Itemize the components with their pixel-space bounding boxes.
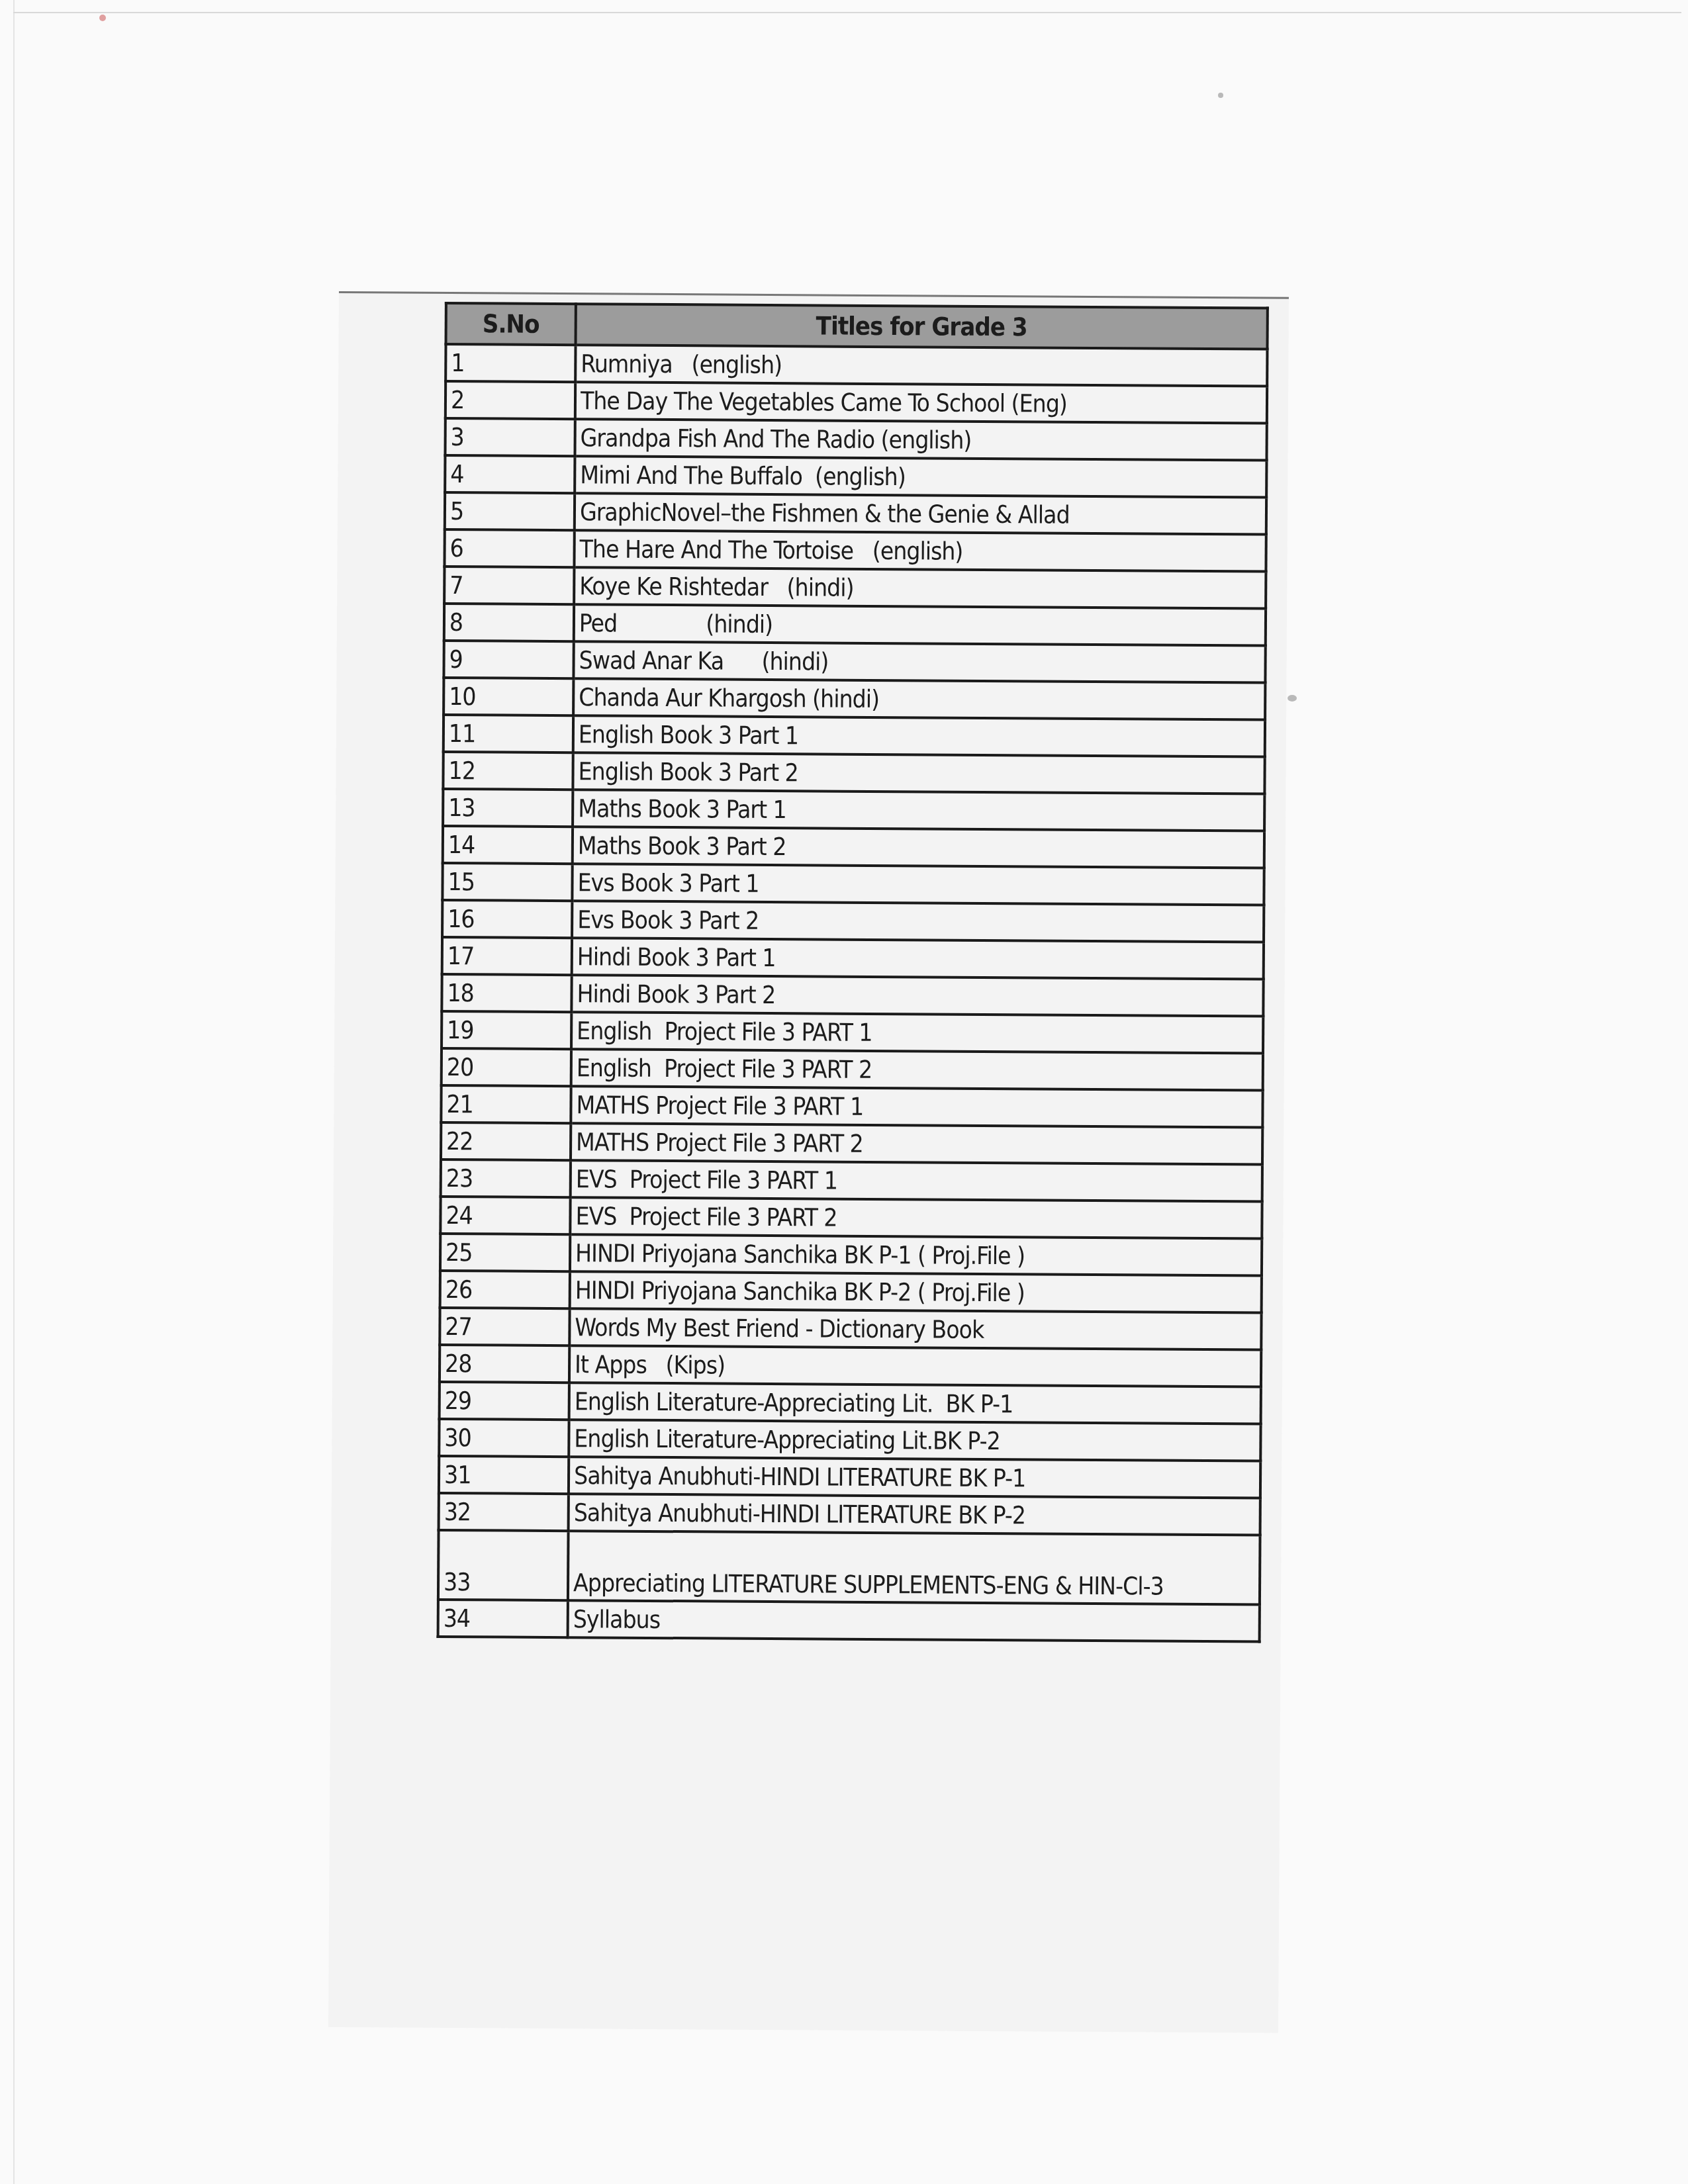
row-sno: 29	[440, 1382, 569, 1420]
row-sno: 6	[444, 529, 574, 567]
row-sno: 5	[445, 492, 575, 530]
table-row: 18Hindi Book 3 Part 2	[442, 974, 1263, 1017]
row-sno: 19	[442, 1011, 571, 1049]
row-title: Appreciating LITERATURE SUPPLEMENTS-ENG …	[568, 1531, 1260, 1604]
table-row: 7Koye Ke Rishtedar (hindi)	[444, 567, 1266, 609]
row-sno: 15	[442, 863, 572, 901]
row-title: EVS Project File 3 PART 1	[571, 1160, 1262, 1201]
table-row: 9Swad Anar Ka (hindi)	[444, 641, 1265, 683]
row-sno: 17	[442, 937, 572, 975]
row-sno: 22	[441, 1122, 571, 1160]
paper-sheet: S.No Titles for Grade 3 1Rumniya (englis…	[328, 291, 1289, 2033]
scan-edge	[13, 0, 15, 2184]
table-row: 27Words My Best Friend - Dictionary Book	[440, 1308, 1261, 1350]
table-row: 3Grandpa Fish And The Radio (english)	[445, 418, 1266, 461]
header-title: Titles for Grade 3	[576, 304, 1268, 349]
row-sno: 1	[445, 344, 575, 382]
row-title: MATHS Project File 3 PART 2	[571, 1123, 1262, 1164]
row-sno: 25	[440, 1234, 570, 1271]
row-title: Swad Anar Ka (hindi)	[573, 641, 1265, 682]
table-row: 23EVS Project File 3 PART 1	[441, 1160, 1262, 1202]
scan-speck	[99, 15, 106, 21]
table-row: 24EVS Project File 3 PART 2	[440, 1197, 1262, 1239]
table-row: 15Evs Book 3 Part 1	[442, 863, 1264, 905]
scan-top-edge	[13, 12, 1681, 13]
row-title: The Hare And The Tortoise (english)	[574, 530, 1266, 571]
row-title: GraphicNovel–the Fishmen & the Genie & A…	[575, 493, 1266, 534]
row-title: Chanda Aur Khargosh (hindi)	[573, 678, 1265, 719]
table-row: 19English Project File 3 PART 1	[442, 1011, 1263, 1054]
row-title: English Book 3 Part 1	[573, 715, 1265, 756]
row-title: Rumniya (english)	[575, 345, 1267, 386]
row-sno: 16	[442, 900, 572, 938]
table-row: 5GraphicNovel–the Fishmen & the Genie & …	[445, 492, 1266, 535]
table-row: 30English Literature-Appreciating Lit.BK…	[439, 1419, 1260, 1461]
table-row: 6The Hare And The Tortoise (english)	[444, 529, 1266, 572]
row-sno: 4	[445, 455, 575, 493]
table-row: 21MATHS Project File 3 PART 1	[441, 1085, 1262, 1128]
row-title: English Project File 3 PART 2	[571, 1049, 1263, 1090]
table-body: 1Rumniya (english)2The Day The Vegetable…	[438, 344, 1268, 1642]
row-sno: 28	[440, 1345, 569, 1383]
header-sno: S.No	[446, 303, 576, 345]
row-sno: 7	[444, 567, 574, 604]
row-sno: 21	[441, 1085, 571, 1123]
row-title: Koye Ke Rishtedar (hindi)	[574, 567, 1266, 608]
table-row: 26HINDI Priyojana Sanchika BK P-2 ( Proj…	[440, 1271, 1262, 1313]
scan-speck	[1218, 93, 1223, 98]
scan-speck	[1288, 695, 1297, 702]
row-title: Hindi Book 3 Part 1	[572, 938, 1264, 979]
row-sno: 20	[442, 1048, 571, 1086]
row-sno: 26	[440, 1271, 570, 1308]
row-title: Maths Book 3 Part 1	[573, 790, 1264, 831]
row-sno: 34	[438, 1600, 568, 1637]
row-title: Grandpa Fish And The Radio (english)	[575, 419, 1266, 460]
row-title: Words My Best Friend - Dictionary Book	[569, 1308, 1261, 1349]
row-sno: 18	[442, 974, 571, 1012]
titles-table: S.No Titles for Grade 3 1Rumniya (englis…	[437, 302, 1269, 1643]
table-row: 25HINDI Priyojana Sanchika BK P-1 ( Proj…	[440, 1234, 1262, 1276]
row-title: Maths Book 3 Part 2	[573, 827, 1264, 868]
row-sno: 13	[443, 789, 573, 827]
table-row: 28It Apps (Kips)	[440, 1345, 1261, 1387]
table-row: 34Syllabus	[438, 1600, 1260, 1642]
row-title: Sahitya Anubhuti-HINDI LITERATURE BK P-2	[569, 1494, 1260, 1535]
row-title: English Project File 3 PART 1	[571, 1012, 1263, 1053]
row-sno: 33	[438, 1530, 569, 1600]
row-title: Mimi And The Buffalo (english)	[575, 456, 1266, 497]
row-sno: 31	[439, 1456, 569, 1494]
table-header-row: S.No Titles for Grade 3	[446, 303, 1268, 349]
table-row: 32Sahitya Anubhuti-HINDI LITERATURE BK P…	[439, 1493, 1260, 1535]
row-sno: 10	[444, 678, 573, 715]
row-sno: 11	[444, 715, 573, 752]
row-title: Syllabus	[568, 1600, 1260, 1641]
row-title: Ped (hindi)	[574, 604, 1266, 645]
row-title: EVS Project File 3 PART 2	[570, 1197, 1262, 1238]
row-title: Sahitya Anubhuti-HINDI LITERATURE BK P-1	[569, 1457, 1260, 1498]
row-title: It Apps (Kips)	[569, 1345, 1261, 1387]
table-row: 20English Project File 3 PART 2	[442, 1048, 1263, 1091]
row-title: Evs Book 3 Part 1	[572, 864, 1264, 905]
row-title: HINDI Priyojana Sanchika BK P-1 ( Proj.F…	[570, 1234, 1262, 1275]
table-row: 22MATHS Project File 3 PART 2	[441, 1122, 1262, 1165]
row-sno: 12	[443, 752, 573, 790]
table-row: 8Ped (hindi)	[444, 604, 1266, 646]
row-title: HINDI Priyojana Sanchika BK P-2 ( Proj.F…	[570, 1271, 1262, 1312]
row-sno: 32	[439, 1493, 569, 1531]
titles-table-container: S.No Titles for Grade 3 1Rumniya (englis…	[437, 302, 1269, 1643]
row-sno: 14	[443, 826, 573, 864]
table-row: 12English Book 3 Part 2	[443, 752, 1264, 794]
table-row: 13Maths Book 3 Part 1	[443, 789, 1264, 831]
table-row: 2The Day The Vegetables Came To School (…	[445, 381, 1267, 424]
row-title: English Literature-Appreciating Lit.BK P…	[569, 1420, 1260, 1461]
row-sno: 27	[440, 1308, 569, 1345]
row-title: English Literature-Appreciating Lit. BK …	[569, 1383, 1261, 1424]
table-row: 11English Book 3 Part 1	[444, 715, 1265, 757]
row-title: Hindi Book 3 Part 2	[571, 975, 1263, 1016]
row-title: MATHS Project File 3 PART 1	[571, 1086, 1262, 1127]
row-sno: 30	[439, 1419, 569, 1457]
row-sno: 8	[444, 604, 574, 641]
table-row: 17Hindi Book 3 Part 1	[442, 937, 1264, 979]
table-row: 33Appreciating LITERATURE SUPPLEMENTS-EN…	[438, 1530, 1260, 1605]
row-sno: 3	[445, 418, 575, 456]
table-row: 31Sahitya Anubhuti-HINDI LITERATURE BK P…	[439, 1456, 1260, 1498]
table-row: 1Rumniya (english)	[445, 344, 1267, 387]
table-row: 4Mimi And The Buffalo (english)	[445, 455, 1266, 498]
row-sno: 24	[440, 1197, 570, 1234]
table-row: 16Evs Book 3 Part 2	[442, 900, 1264, 942]
row-title: The Day The Vegetables Came To School (E…	[575, 382, 1267, 423]
row-title: English Book 3 Part 2	[573, 752, 1264, 794]
table-row: 14Maths Book 3 Part 2	[443, 826, 1264, 868]
table-row: 10Chanda Aur Khargosh (hindi)	[444, 678, 1265, 720]
row-sno: 23	[441, 1160, 571, 1197]
table-row: 29English Literature-Appreciating Lit. B…	[440, 1382, 1261, 1424]
row-sno: 2	[445, 381, 575, 419]
row-title: Evs Book 3 Part 2	[572, 901, 1264, 942]
row-sno: 9	[444, 641, 573, 678]
